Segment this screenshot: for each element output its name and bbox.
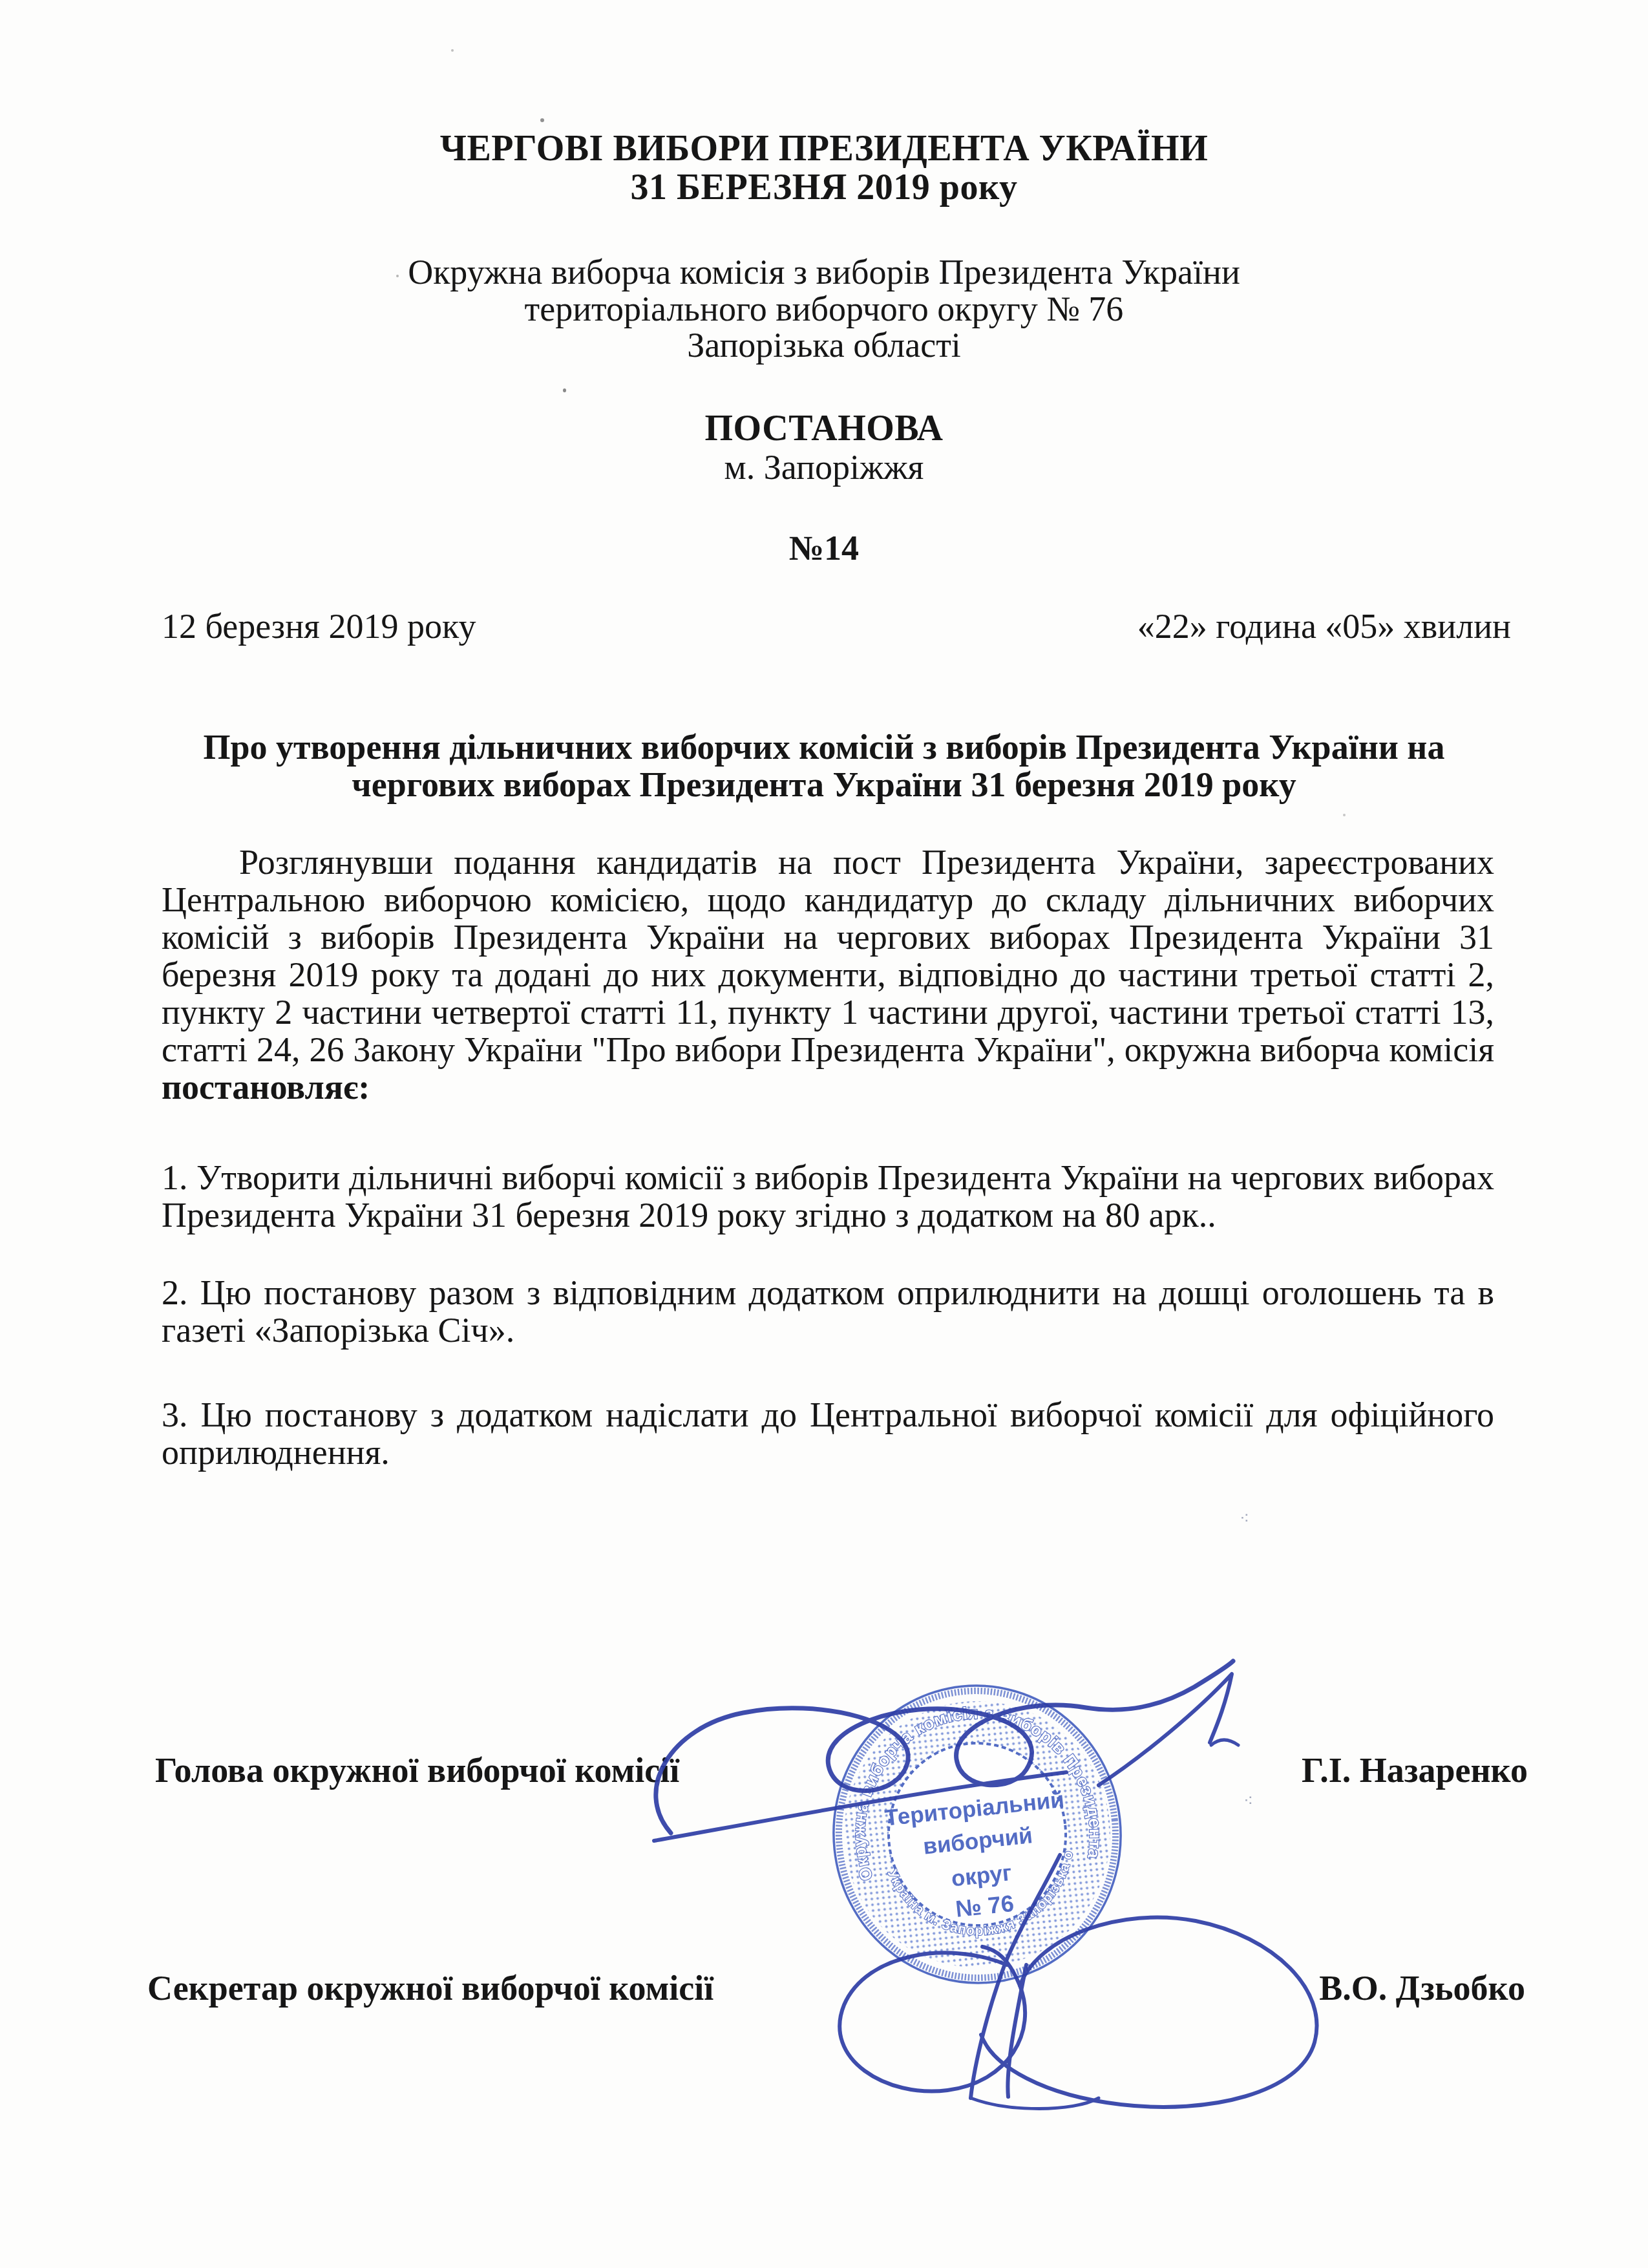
scan-speck [563,388,566,392]
ink-signatures-overlay [0,0,1648,2268]
scan-speck [451,49,454,52]
scan-artifact-mark: ⁖ [1243,1792,1253,1811]
secretary-signature [840,1855,1316,2109]
scan-speck [1343,814,1346,816]
scan-speck [396,275,399,277]
scan-artifact-mark: ⁖ [1240,1509,1249,1529]
scan-speck [540,118,544,122]
scanned-document-page: ЧЕРГОВІ ВИБОРИ ПРЕЗИДЕНТА УКРАЇНИ 31 БЕР… [0,0,1648,2268]
head-signature [654,1661,1238,1841]
